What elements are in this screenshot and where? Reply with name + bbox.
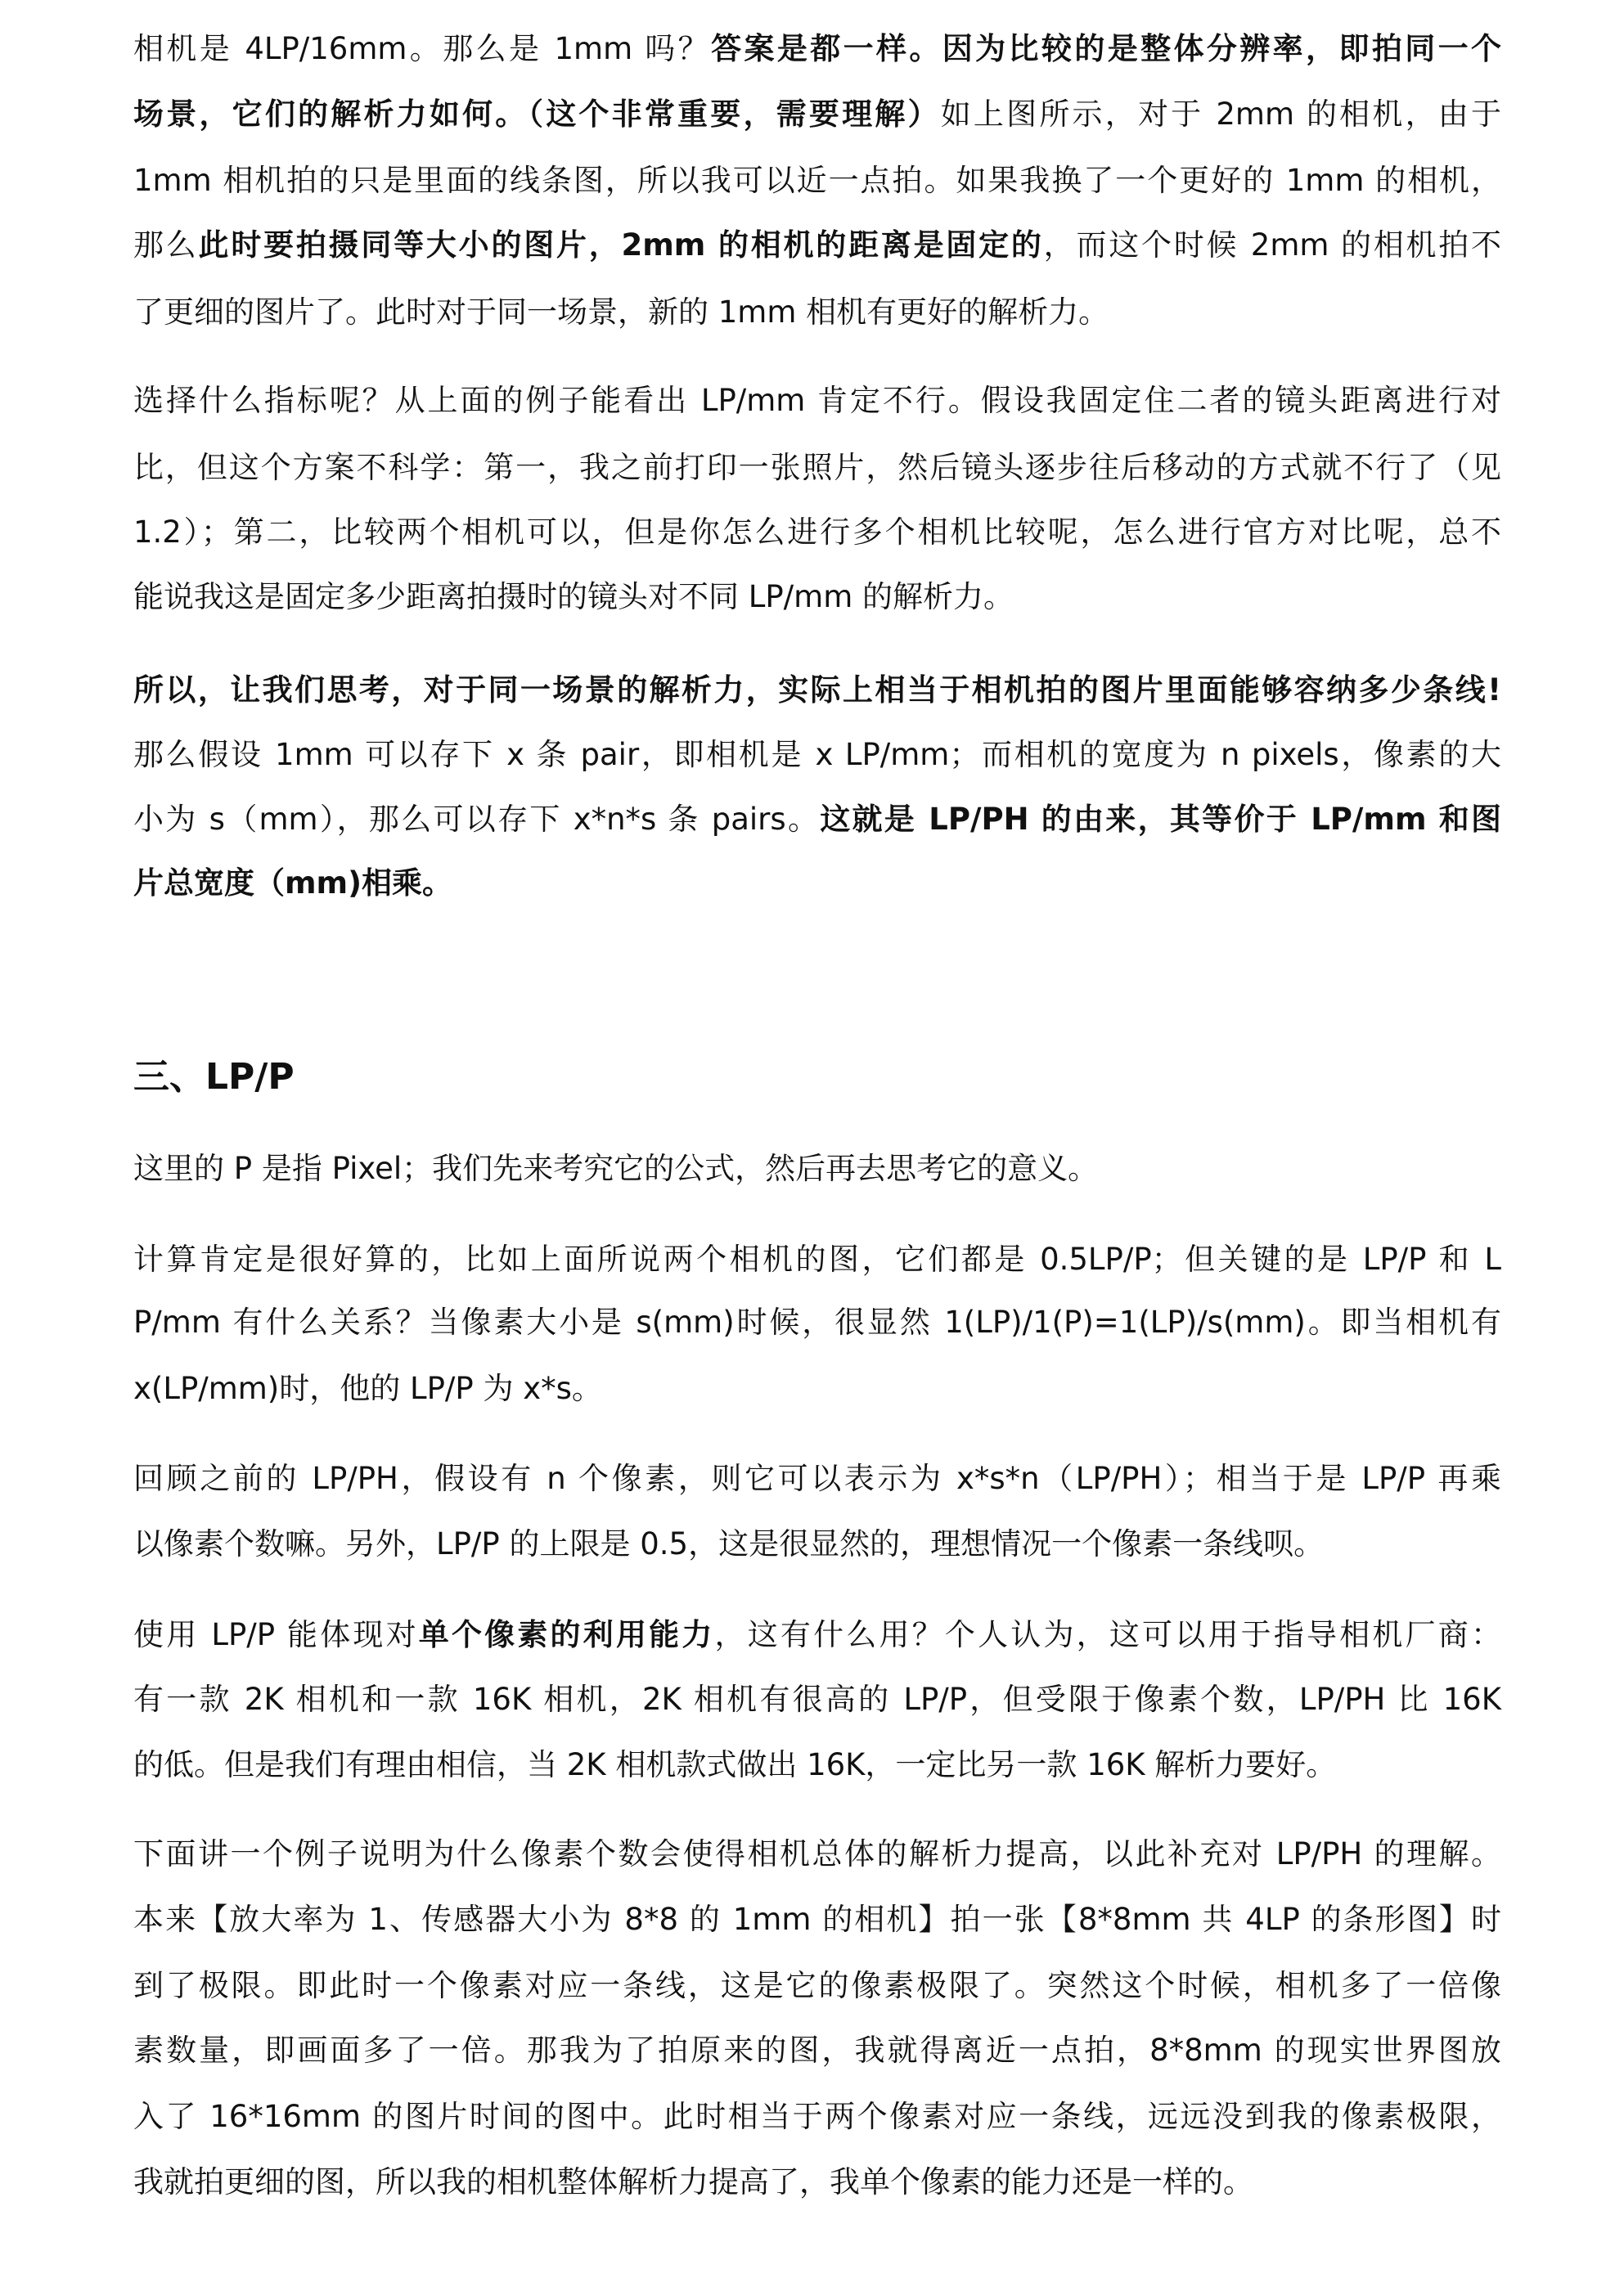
bold-text: 片总宽度（mm)相乘。 [133, 865, 452, 901]
text-line: 小为 s（mm），那么可以存下 x*n*s 条 pairs。这就是 LP/PH … [133, 787, 1501, 852]
bold-text: 答案是都一样。因为比较的是整体分辨率，即拍同一个 [711, 31, 1501, 66]
text-line: 本来【放大率为 1、传感器大小为 8*8 的 1mm 的相机】拍一张【8*8mm… [133, 1887, 1501, 1952]
text-line: 使用 LP/P 能体现对单个像素的利用能力，这有什么用？个人认为，这可以用于指导… [133, 1602, 1501, 1668]
text: 本来【放大率为 1、传感器大小为 8*8 的 1mm 的相机】拍一张【8*8mm… [133, 1902, 1501, 1937]
text-line: 那么假设 1mm 可以存下 x 条 pair，即相机是 x LP/mm；而相机的… [133, 722, 1501, 788]
bold-text: 所以，让我们思考，对于同一场景的解析力，实际上相当于相机拍的图片里面能够容纳多少… [133, 672, 1501, 708]
text-line: 素数量，即画面多了一倍。那我为了拍原来的图，我就得离近一点拍，8*8mm 的现实… [133, 2018, 1501, 2083]
text: 以像素个数嘛。另外，LP/P 的上限是 0.5，这是很显然的，理想情况一个像素一… [133, 1526, 1324, 1561]
text-line: 到了极限。即此时一个像素对应一条线，这是它的像素极限了。突然这个时候，相机多了一… [133, 1953, 1501, 2019]
bold-text: 此时要拍摄同等大小的图片，2mm 的相机的距离是固定的 [199, 227, 1044, 263]
text-line: 这里的 P 是指 Pixel；我们先来考究它的公式，然后再去思考它的意义。 [133, 1136, 1501, 1202]
text: 素数量，即画面多了一倍。那我为了拍原来的图，我就得离近一点拍，8*8mm 的现实… [133, 2033, 1501, 2068]
text-line: 回顾之前的 LP/PH，假设有 n 个像素，则它可以表示为 x*s*n（LP/P… [133, 1446, 1501, 1512]
text-line: 片总宽度（mm)相乘。 [133, 851, 1501, 916]
text-line: 能说我这是固定多少距离拍摄时的镜头对不同 LP/mm 的解析力。 [133, 564, 1501, 630]
text: 相机是 4LP/16mm。那么是 1mm 吗？ [133, 31, 711, 66]
text: 这里的 P 是指 Pixel；我们先来考究它的公式，然后再去思考它的意义。 [133, 1151, 1098, 1186]
text: 有一款 2K 相机和一款 16K 相机，2K 相机有很高的 LP/P，但受限于像… [133, 1682, 1501, 1717]
text: 比，但这个方案不科学：第一，我之前打印一张照片，然后镜头逐步往后移动的方式就不行… [133, 450, 1501, 485]
text: 能说我这是固定多少距离拍摄时的镜头对不同 LP/mm 的解析力。 [133, 579, 1014, 614]
text-line: 场景，它们的解析力如何。（这个非常重要，需要理解）如上图所示，对于 2mm 的相… [133, 82, 1501, 147]
text: ，而这个时候 2mm 的相机拍不 [1044, 227, 1501, 263]
text-line: 选择什么指标呢？从上面的例子能看出 LP/mm 肯定不行。假设我固定住二者的镜头… [133, 368, 1501, 434]
text-line: 入了 16*16mm 的图片时间的图中。此时相当于两个像素对应一条线，远远没到我… [133, 2084, 1501, 2150]
text: 那么假设 1mm 可以存下 x 条 pair，即相机是 x LP/mm；而相机的… [133, 737, 1501, 772]
text-line: 了更细的图片了。此时对于同一场景，新的 1mm 相机有更好的解析力。 [133, 280, 1501, 345]
text-line: 所以，让我们思考，对于同一场景的解析力，实际上相当于相机拍的图片里面能够容纳多少… [133, 658, 1501, 723]
text: 计算肯定是很好算的，比如上面所说两个相机的图，它们都是 0.5LP/P；但关键的… [133, 1242, 1501, 1277]
text: 到了极限。即此时一个像素对应一条线，这是它的像素极限了。突然这个时候，相机多了一… [133, 1968, 1501, 2003]
text: x(LP/mm)时，他的 LP/P 为 x*s。 [133, 1371, 602, 1406]
text: 下面讲一个例子说明为什么像素个数会使得相机总体的解析力提高，以此补充对 LP/P… [133, 1836, 1501, 1871]
text: 了更细的图片了。此时对于同一场景，新的 1mm 相机有更好的解析力。 [133, 294, 1109, 330]
text: 的低。但是我们有理由相信，当 2K 相机款式做出 16K，一定比另一款 16K … [133, 1747, 1336, 1782]
text: 回顾之前的 LP/PH，假设有 n 个像素，则它可以表示为 x*s*n（LP/P… [133, 1461, 1501, 1496]
text-line: 下面讲一个例子说明为什么像素个数会使得相机总体的解析力提高，以此补充对 LP/P… [133, 1822, 1501, 1887]
bold-text: 这就是 LP/PH 的由来，其等价于 LP/mm 和图 [820, 802, 1501, 837]
text-line: 比，但这个方案不科学：第一，我之前打印一张照片，然后镜头逐步往后移动的方式就不行… [133, 435, 1501, 501]
bold-text: 单个像素的利用能力 [419, 1617, 715, 1652]
text-line: 以像素个数嘛。另外，LP/P 的上限是 0.5，这是很显然的，理想情况一个像素一… [133, 1512, 1501, 1577]
text: ，这有什么用？个人认为，这可以用于指导相机厂商： [715, 1617, 1501, 1652]
text: P/mm 有什么关系？当像素大小是 s(mm)时候，很显然 1(LP)/1(P)… [133, 1305, 1501, 1340]
text: 我就拍更细的图，所以我的相机整体解析力提高了，我单个像素的能力还是一样的。 [133, 2164, 1253, 2199]
text-line: 1.2）；第二，比较两个相机可以，但是你怎么进行多个相机比较呢，怎么进行官方对比… [133, 500, 1501, 565]
text-line: P/mm 有什么关系？当像素大小是 s(mm)时候，很显然 1(LP)/1(P)… [133, 1290, 1501, 1355]
text: 使用 LP/P 能体现对 [133, 1617, 419, 1652]
bold-text: 场景，它们的解析力如何。（这个非常重要，需要理解） [133, 97, 941, 132]
text: 如上图所示，对于 2mm 的相机，由于 [941, 97, 1501, 132]
text-line: 的低。但是我们有理由相信，当 2K 相机款式做出 16K，一定比另一款 16K … [133, 1732, 1501, 1798]
section-heading: 三、LP/P [133, 1045, 1501, 1110]
text-line: 1mm 相机拍的只是里面的线条图，所以我可以近一点拍。如果我换了一个更好的 1m… [133, 148, 1501, 213]
text: 小为 s（mm），那么可以存下 x*n*s 条 pairs。 [133, 802, 820, 837]
text-line: 计算肯定是很好算的，比如上面所说两个相机的图，它们都是 0.5LP/P；但关键的… [133, 1227, 1501, 1292]
text-line: 那么此时要拍摄同等大小的图片，2mm 的相机的距离是固定的，而这个时候 2mm … [133, 213, 1501, 278]
text-line: 相机是 4LP/16mm。那么是 1mm 吗？答案是都一样。因为比较的是整体分辨… [133, 16, 1501, 82]
text: 入了 16*16mm 的图片时间的图中。此时相当于两个像素对应一条线，远远没到我… [133, 2099, 1501, 2134]
text-line: x(LP/mm)时，他的 LP/P 为 x*s。 [133, 1356, 1501, 1422]
text: 那么 [133, 227, 199, 263]
text: 1mm 相机拍的只是里面的线条图，所以我可以近一点拍。如果我换了一个更好的 1m… [133, 163, 1501, 198]
text: 选择什么指标呢？从上面的例子能看出 LP/mm 肯定不行。假设我固定住二者的镜头… [133, 383, 1501, 418]
text: 1.2）；第二，比较两个相机可以，但是你怎么进行多个相机比较呢，怎么进行官方对比… [133, 514, 1501, 550]
text-line: 我就拍更细的图，所以我的相机整体解析力提高了，我单个像素的能力还是一样的。 [133, 2150, 1501, 2215]
text-line: 有一款 2K 相机和一款 16K 相机，2K 相机有很高的 LP/P，但受限于像… [133, 1667, 1501, 1732]
